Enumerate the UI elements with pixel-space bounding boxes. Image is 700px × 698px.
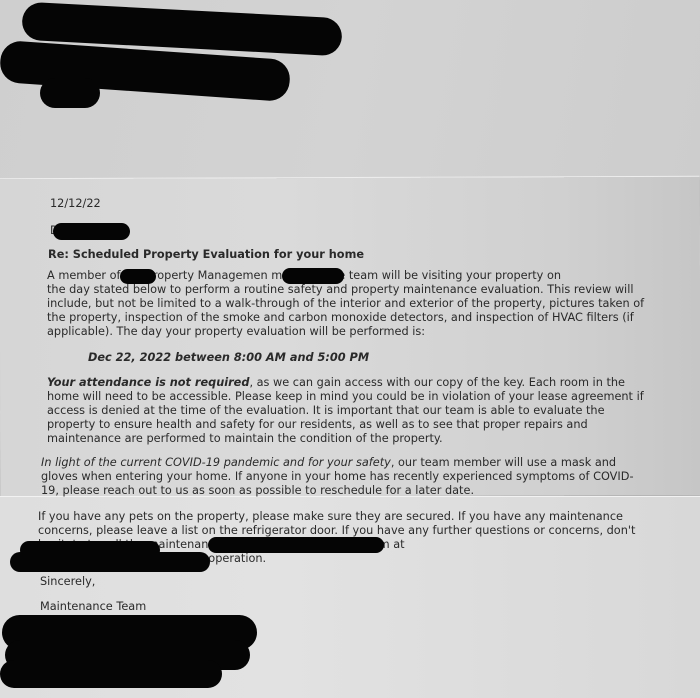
letter-top-fold [0,0,700,180]
line-rest: , our team member will use a mask and [391,456,616,469]
redaction-recipient [53,223,130,240]
redaction-email-2 [10,552,210,572]
letter-date: 12/12/22 [50,197,101,211]
appointment-time: Dec 22, 2022 between 8:00 AM and 5:00 PM [88,351,369,365]
signature: Maintenance Team [40,600,146,614]
line: the day stated below to perform a routin… [47,283,687,297]
line: concerns, please leave a list on the ref… [38,524,678,538]
covid-emphasis: In light of the current COVID-19 pandemi… [41,456,391,469]
redaction-footer-3 [0,660,222,688]
letter-subject: Re: Scheduled Property Evaluation for yo… [48,248,364,262]
redaction-phone [208,537,384,553]
line: property to ensure health and safety for… [47,418,687,432]
line: the property, inspection of the smoke an… [47,311,687,325]
line: applicable). The day your property evalu… [47,325,687,339]
redaction-company-2 [282,268,344,284]
paragraph-access: Your attendance is not required, as we c… [47,376,687,446]
line: If you have any pets on the property, pl… [38,510,678,524]
redaction-company-1 [120,269,156,284]
line: maintenance are performed to maintain th… [47,432,687,446]
paragraph-covid: In light of the current COVID-19 pandemi… [41,456,681,498]
line: home will need to be accessible. Please … [47,390,687,404]
line-rest: , as we can gain access with our copy of… [249,376,625,389]
line: gloves when entering your home. If anyon… [41,470,681,484]
line: 19, please reach out to us as soon as po… [41,484,681,498]
line: include, but not be limited to a walk-th… [47,297,687,311]
attendance-emphasis: Your attendance is not required [47,376,249,389]
redaction-header-3 [40,78,100,108]
line: access is denied at the time of the eval… [47,404,687,418]
line: In light of the current COVID-19 pandemi… [41,456,681,470]
line: Your attendance is not required, as we c… [47,376,687,390]
closing: Sincerely, [40,575,95,589]
